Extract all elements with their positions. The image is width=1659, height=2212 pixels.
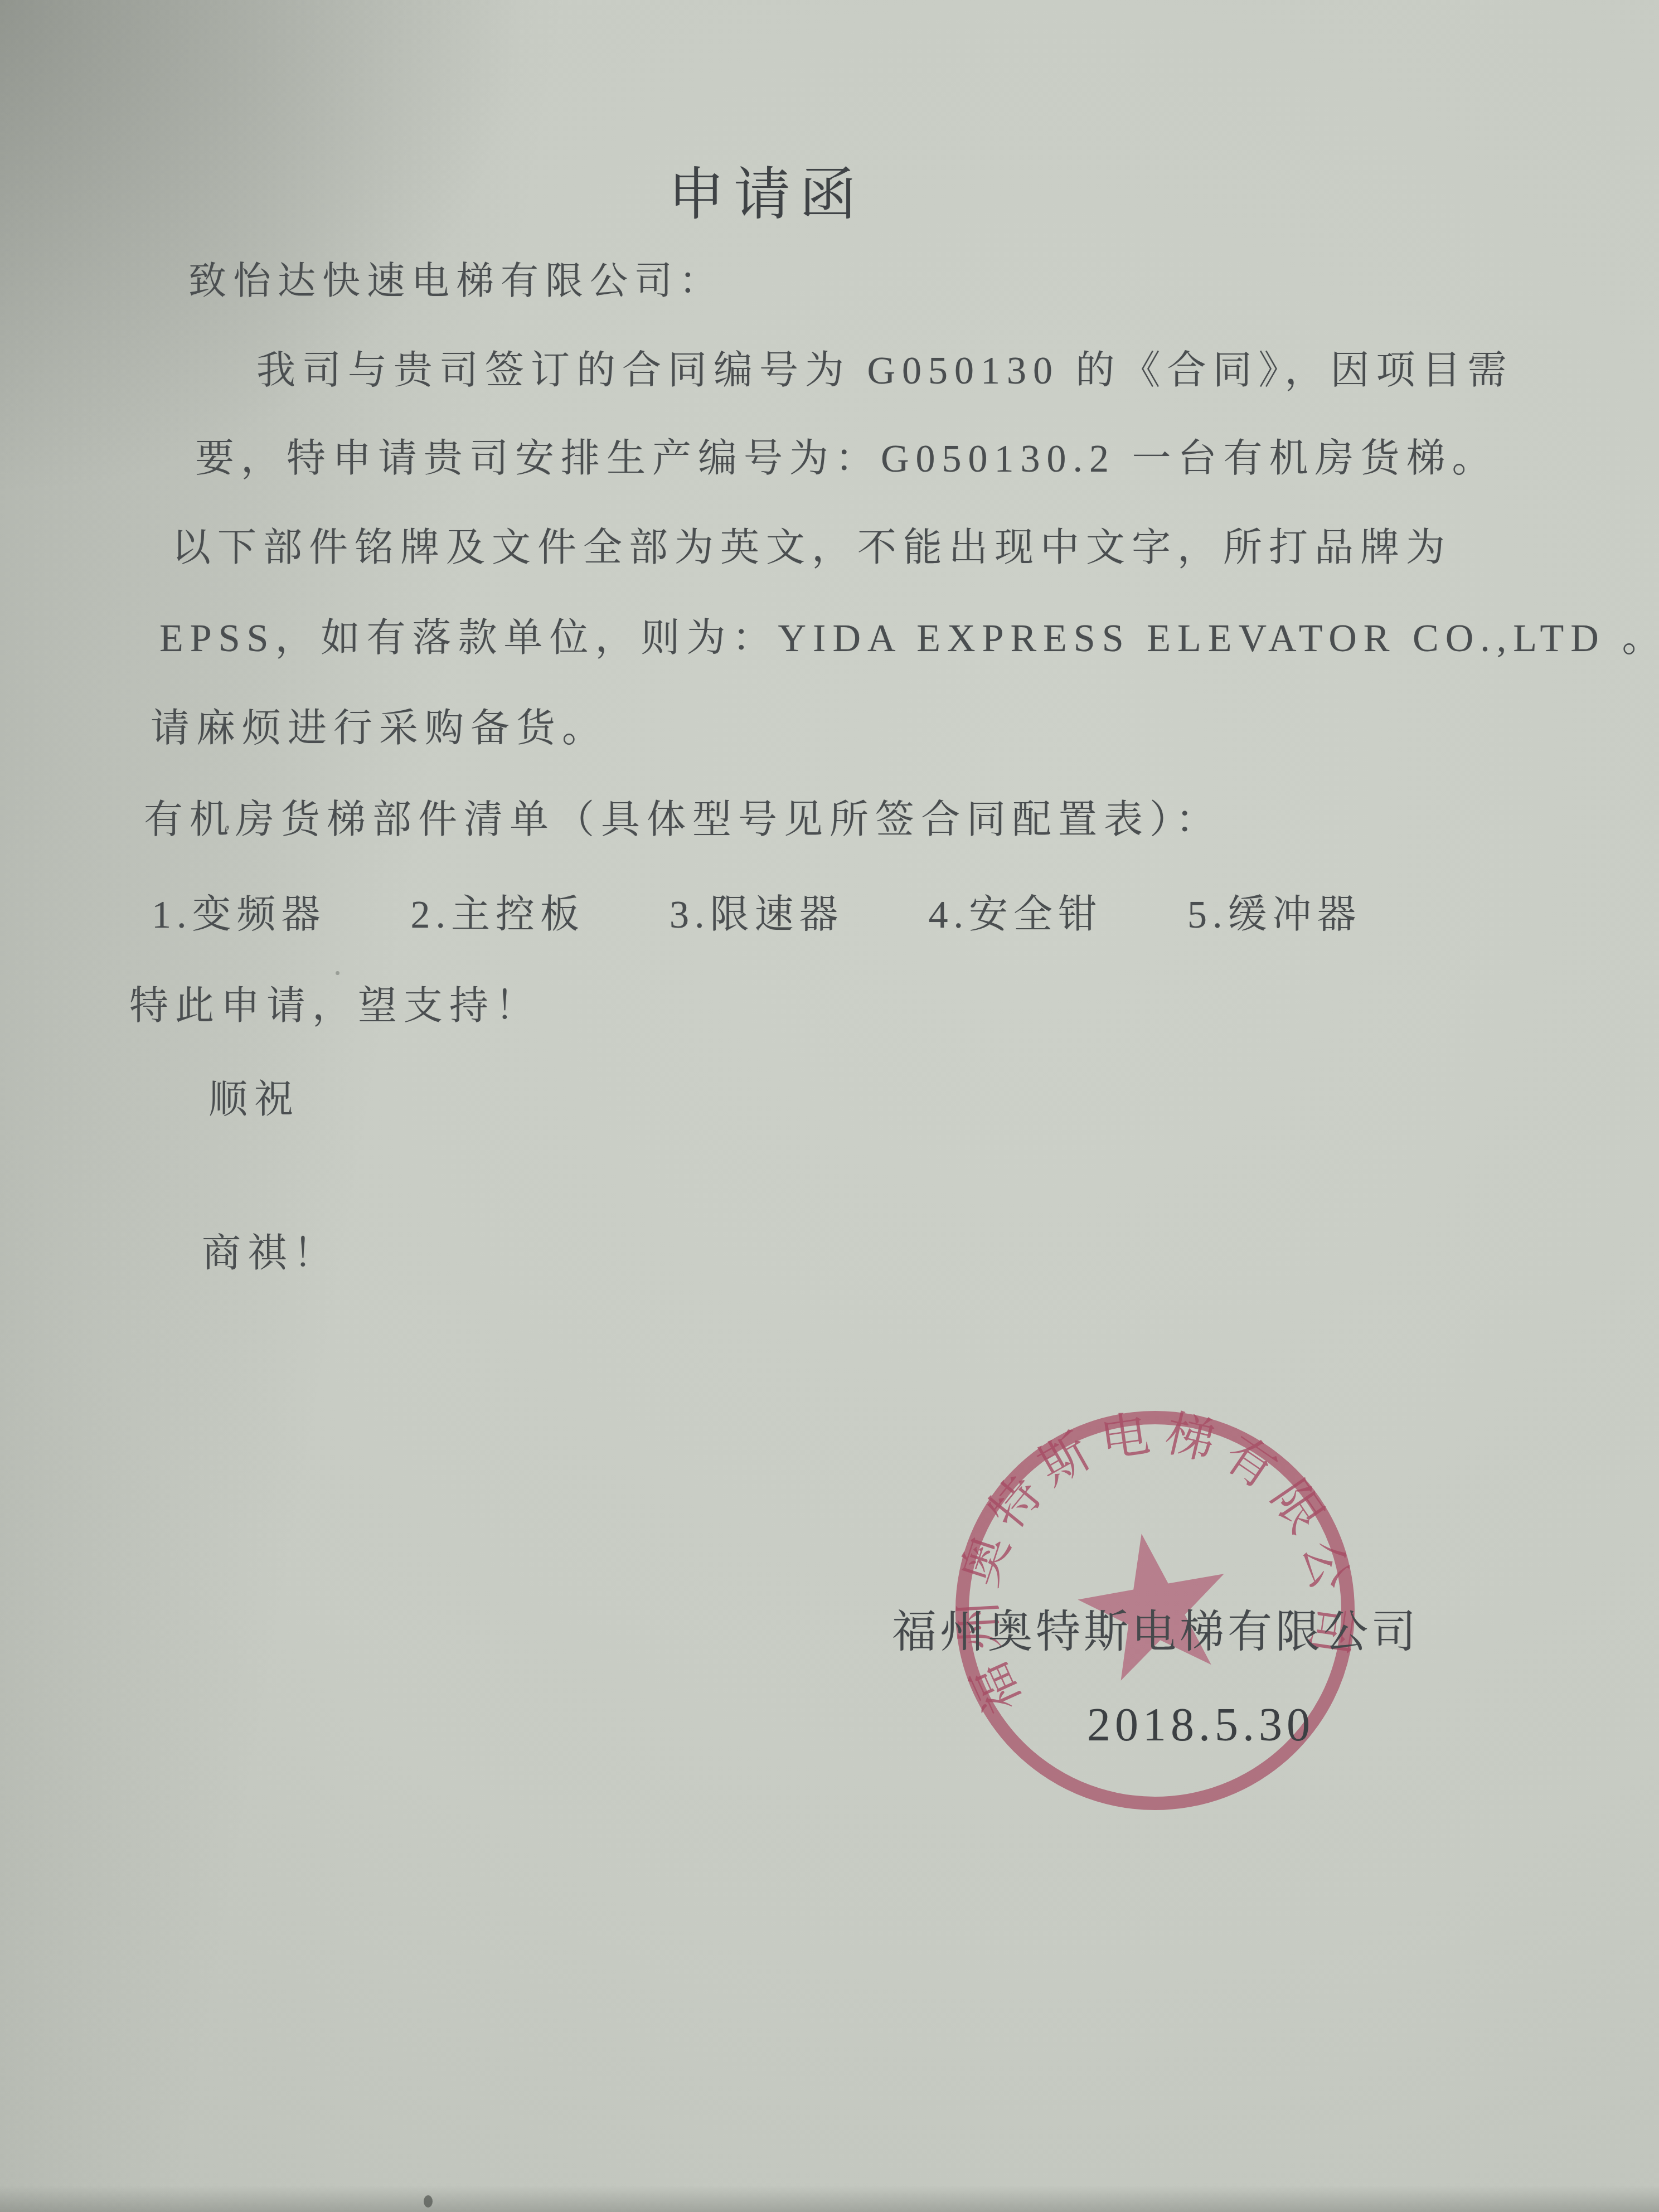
parts-list: 1.变频器 2.主控板 3.限速器 4.安全钳 5.缓冲器	[152, 883, 1362, 939]
body-line-6: 有机房货梯部件清单（具体型号见所签合同配置表）：	[144, 788, 1221, 845]
paper-speck-small	[336, 971, 339, 975]
letter-page: 申请函 致怡达快速电梯有限公司： 我司与贵司签订的合同编号为 G050130 的…	[0, 0, 1659, 2212]
part-item-2: 2.主控板	[411, 883, 585, 939]
body-line-1: 我司与贵司签订的合同编号为 G050130 的《合同》，因项目需	[256, 339, 1514, 395]
closing-request-line: 特此申请，望支持！	[129, 974, 541, 1031]
part-item-4: 4.安全钳	[929, 883, 1103, 939]
body-line-3: 以下部件铭牌及文件全部为英文，不能出现中文字，所打品牌为	[172, 516, 1452, 573]
part-item-1: 1.变频器	[152, 883, 326, 939]
body-line-5: 请麻烦进行采购备货。	[151, 697, 608, 753]
paper-speck	[424, 2195, 433, 2208]
closing-wish-line-1: 顺祝	[208, 1068, 300, 1124]
signature-company: 福州奥特斯电梯有限公司	[892, 1595, 1419, 1660]
body-line-4: EPSS，如有落款单位，则为：YIDA EXPRESS ELEVATOR CO.…	[159, 607, 1659, 663]
ink-speck-comma: ,	[225, 809, 230, 833]
part-item-3: 3.限速器	[670, 883, 844, 939]
closing-wish-line-2: 商祺！	[202, 1222, 339, 1278]
body-line-2: 要，特申请贵司安排生产编号为：G050130.2 一台有机房货梯。	[195, 427, 1498, 483]
salutation-line: 致怡达快速电梯有限公司：	[188, 251, 724, 305]
part-item-5: 5.缓冲器	[1187, 883, 1362, 939]
letter-title: 申请函	[668, 149, 865, 231]
signature-date: 2018.5.30	[1087, 1698, 1314, 1752]
